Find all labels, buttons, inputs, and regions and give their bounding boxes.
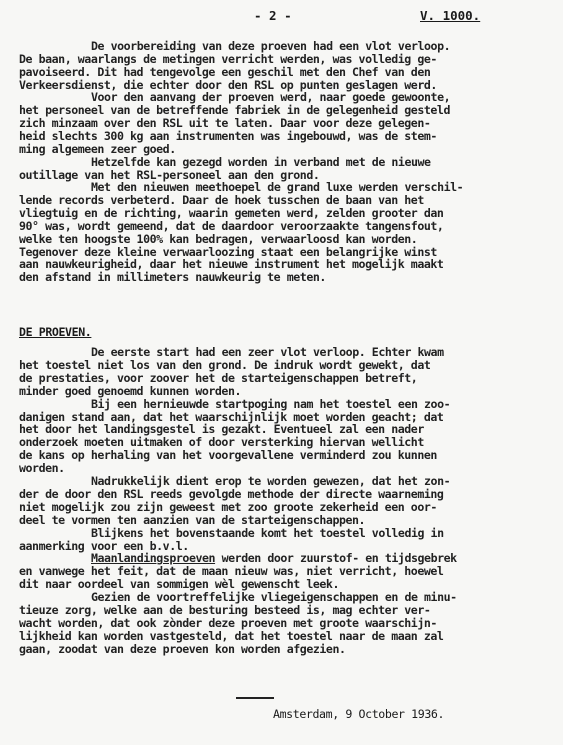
text-line: pavoiseerd. Dit had tengevolge een gesch… [19, 66, 430, 79]
text-line: minder goed genoemd kunnen worden. [19, 385, 241, 398]
text-line: De baan, waarlangs de metingen verricht … [19, 53, 437, 66]
text-line: gaan, zoodat van deze proeven kon worden… [19, 643, 346, 656]
text-line: deel te vormen ten aanzien van de starte… [19, 514, 365, 527]
section-title: DE PROEVEN. [19, 325, 91, 339]
text-line: de prestaties, voor zoover het de starte… [19, 372, 417, 385]
page-number: - 2 - [254, 8, 292, 23]
text-line: ming algemeen zeer goed. [19, 143, 176, 156]
document-reference: V. 1000. [420, 8, 480, 23]
typewritten-page: - 2 - V. 1000. De voorbereiding van deze… [0, 0, 563, 745]
text-line: worden. [19, 462, 65, 475]
text-line: der de door den RSL reeds gevolgde metho… [19, 488, 443, 501]
text-line: heid slechts 300 kg aan instrumenten was… [19, 130, 437, 143]
text-line: Blijkens het bovenstaande komt het toest… [91, 527, 444, 540]
text-line: het toestel niet los van den grond. De i… [19, 359, 430, 372]
text-line: wacht worden, dat ook zònder deze proeve… [19, 617, 437, 630]
text-line: niet mogelijk zou zijn geweest met zoo g… [19, 501, 437, 514]
text-line: welke ten hoogste 100% kan bedragen, ver… [19, 233, 417, 246]
underlined-term: Maanlandingsproeven [91, 551, 215, 565]
text-line: Bij een hernieuwde startpoging nam het t… [91, 398, 450, 411]
text-line: Hetzelfde kan gezegd worden in verband m… [91, 156, 431, 169]
text-line: 90° was, wordt gemeend, dat de daardoor … [19, 220, 443, 233]
text-line: den afstand in millimeters nauwkeurig te… [19, 271, 326, 284]
text-line: de kans op herhaling van het voorgevalle… [19, 449, 437, 462]
divider-line [236, 697, 274, 699]
text-line: lijkheid kan worden vastgesteld, dat het… [19, 630, 443, 643]
place-date-signature: Amsterdam, 9 October 1936. [273, 707, 444, 721]
